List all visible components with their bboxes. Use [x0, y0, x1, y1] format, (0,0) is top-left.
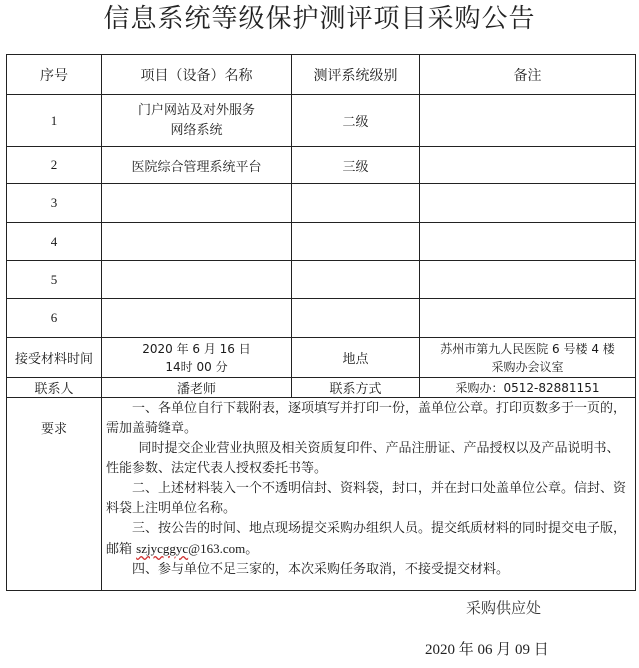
contact-method-label: 联系方式: [292, 378, 420, 398]
row-name: [102, 184, 292, 223]
contact-person: 潘老师: [102, 378, 292, 398]
row-remark: [420, 95, 636, 147]
row-name: 门户网站及对外服务 网络系统: [102, 95, 292, 147]
submission-time-value: 2020 年 6 月 16 日 14时 00 分: [102, 338, 292, 378]
table-row: 1 门户网站及对外服务 网络系统 二级: [7, 95, 636, 147]
requirement-item-1b: 同时提交企业营业执照及相关资质复印件、产品注册证、产品授权以及产品说明书、性能参…: [106, 439, 631, 479]
requirement-item-2: 二、上述材料装入一个不透明信封、资料袋，封口，并在封口处盖单位公章。信封、资料袋…: [106, 479, 631, 519]
row-remark: [420, 223, 636, 261]
header-level: 测评系统级别: [292, 55, 420, 95]
row-name: [102, 223, 292, 261]
row-index: 2: [7, 147, 102, 184]
requirements-label: 要求: [7, 398, 102, 591]
document-title: 信息系统等级保护测评项目采购公告: [0, 2, 639, 36]
submission-date: 2020 年 6 月 16 日: [102, 340, 291, 358]
table-row: 3: [7, 184, 636, 223]
submission-hour: 14时 00 分: [102, 358, 291, 376]
row-index: 3: [7, 184, 102, 223]
row-name: [102, 299, 292, 338]
header-remark: 备注: [420, 55, 636, 95]
procurement-table: 序号 项目（设备）名称 测评系统级别 备注 1 门户网站及对外服务 网络系统 二…: [6, 54, 636, 591]
row-remark: [420, 147, 636, 184]
row-level: [292, 223, 420, 261]
location-line2: 采购办会议室: [420, 358, 635, 376]
row-name-line2: 网络系统: [102, 121, 291, 141]
row-level: 二级: [292, 95, 420, 147]
issue-date: 2020 年 06 月 09 日: [425, 638, 549, 659]
row-remark: [420, 261, 636, 299]
table-row: 5: [7, 261, 636, 299]
requirements-content: 一、各单位自行下载附表，逐项填写并打印一份，盖单位公章。打印页数多于一页的，需加…: [102, 398, 636, 591]
requirements-row: 要求 一、各单位自行下载附表，逐项填写并打印一份，盖单位公章。打印页数多于一页的…: [7, 398, 636, 591]
row-level: 三级: [292, 147, 420, 184]
header-index: 序号: [7, 55, 102, 95]
row-index: 5: [7, 261, 102, 299]
requirement-item-1: 一、各单位自行下载附表，逐项填写并打印一份，盖单位公章。打印页数多于一页的，需加…: [106, 399, 631, 439]
location-label: 地点: [292, 338, 420, 378]
requirement-item-3-end: 。: [245, 542, 258, 557]
row-index: 4: [7, 223, 102, 261]
issuing-organization: 采购供应处: [466, 597, 541, 618]
header-name: 项目（设备）名称: [102, 55, 292, 95]
email-address: szjycggyc@163.com: [136, 541, 245, 556]
row-level: [292, 299, 420, 338]
email-domain: @163.com: [188, 541, 245, 556]
table-row: 4: [7, 223, 636, 261]
header-row: 序号 项目（设备）名称 测评系统级别 备注: [7, 55, 636, 95]
table-row: 2 医院综合管理系统平台 三级: [7, 147, 636, 184]
contact-method-value: 采购办：0512-82881151: [420, 378, 636, 398]
row-remark: [420, 184, 636, 223]
table-row: 6: [7, 299, 636, 338]
row-name: 医院综合管理系统平台: [102, 147, 292, 184]
submission-row: 接受材料时间 2020 年 6 月 16 日 14时 00 分 地点 苏州市第九…: [7, 338, 636, 378]
submission-time-label: 接受材料时间: [7, 338, 102, 378]
requirement-item-3: 三、按公告的时间、地点现场提交采购办组织人员。提交纸质材料的同时提交电子版，邮箱…: [106, 519, 631, 560]
row-index: 1: [7, 95, 102, 147]
row-level: [292, 184, 420, 223]
requirement-item-4: 四、参与单位不足三家的，本次采购任务取消，不接受提交材料。: [106, 560, 631, 580]
location-line1: 苏州市第九人民医院 6 号楼 4 楼: [420, 340, 635, 358]
location-value: 苏州市第九人民医院 6 号楼 4 楼 采购办会议室: [420, 338, 636, 378]
row-name-line1: 门户网站及对外服务: [102, 101, 291, 121]
email-user: szjycggyc: [136, 541, 188, 556]
row-name: [102, 261, 292, 299]
contact-row: 联系人 潘老师 联系方式 采购办：0512-82881151: [7, 378, 636, 398]
row-index: 6: [7, 299, 102, 338]
contact-label: 联系人: [7, 378, 102, 398]
row-level: [292, 261, 420, 299]
row-remark: [420, 299, 636, 338]
